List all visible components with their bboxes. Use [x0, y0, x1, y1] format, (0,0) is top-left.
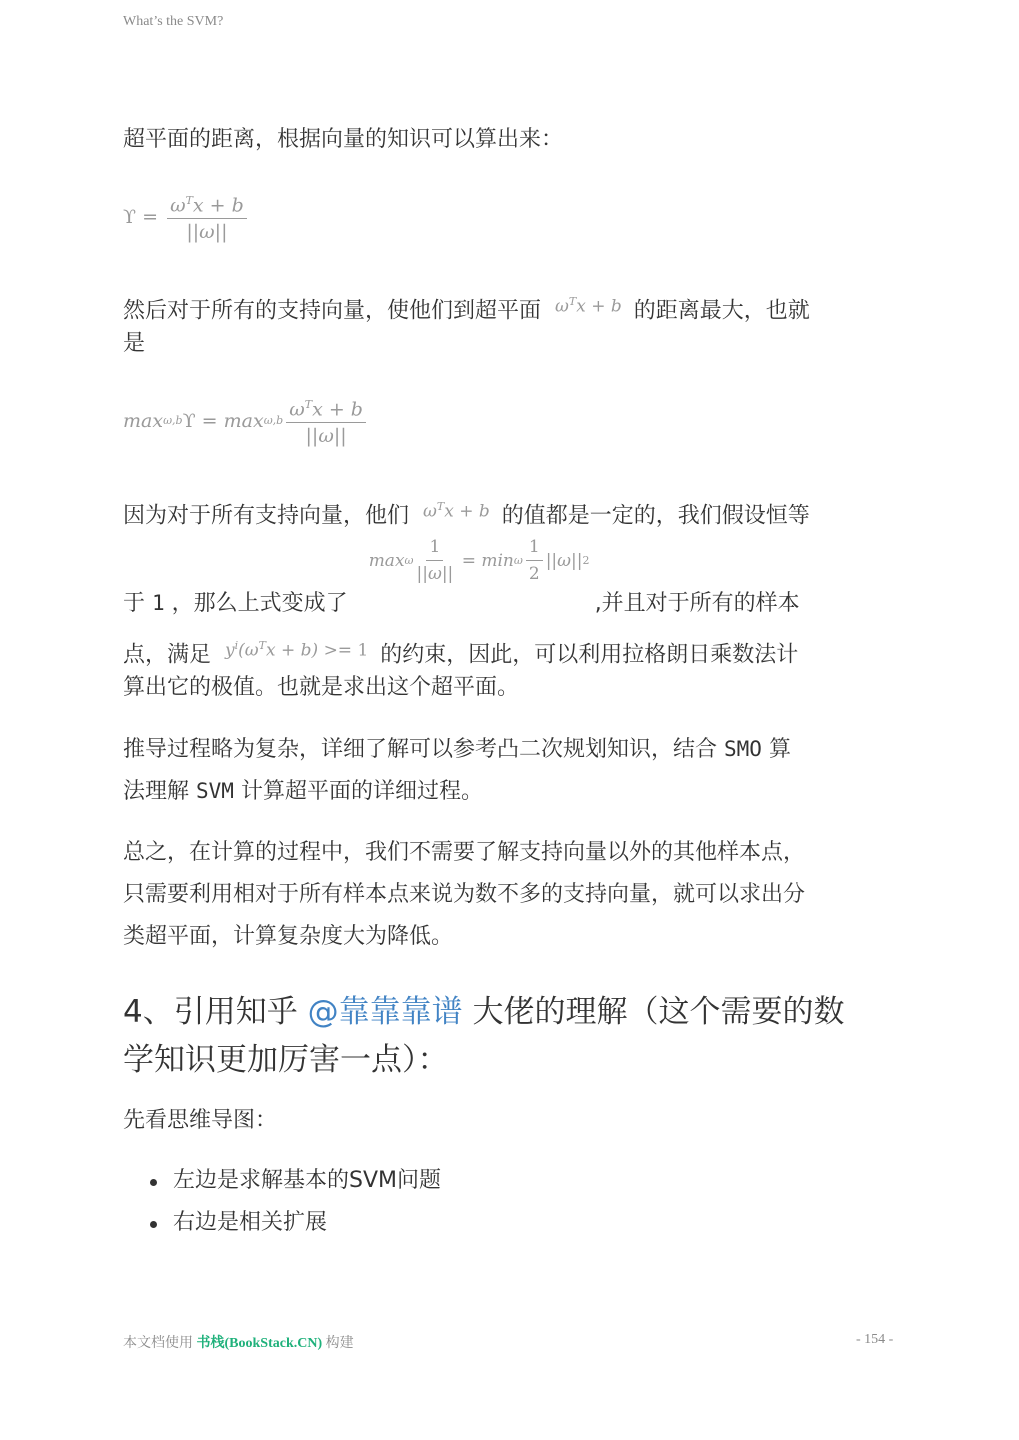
text: 的距离最大，也就 — [634, 299, 810, 324]
text: 点，满足 — [123, 643, 211, 668]
paragraph-mindmap-intro: 先看思维导图： — [123, 1100, 893, 1142]
paragraph-summary-line1: 总之，在计算的过程中，我们不需要了解支持向量以外的其他样本点， — [123, 832, 893, 874]
paragraph-constant-line1: 因为对于所有支持向量，他们ωTx + b的值都是一定的，我们假设恒等 — [123, 486, 893, 538]
inline-code: 1 — [152, 591, 165, 615]
footer-suffix: 构建 — [326, 1336, 354, 1351]
text: 计算超平面的详细过程。 — [241, 779, 483, 804]
text: 推导过程略为复杂，详细了解可以参考凸二次规划知识，结合 — [123, 737, 717, 762]
text: 于 — [123, 591, 145, 616]
list-item-text: 左边是求解基本的SVM问题 — [173, 1168, 441, 1193]
footer-credit: 本文档使用 书栈(BookStack.CN) 构建 — [123, 1332, 354, 1352]
bullet-icon — [150, 1221, 157, 1228]
inline-formula-constraint: yi(ωTx + b) >= 1 — [225, 625, 368, 672]
inline-formula: ωTx + b — [423, 486, 490, 533]
text: 的约束，因此，可以利用拉格朗日乘数法计 — [380, 643, 798, 668]
paragraph-distance-intro: 超平面的距离，根据向量的知识可以算出来： — [123, 119, 893, 161]
paragraph-constant-line2: 于 1 ，那么上式变成了 maxω1||ω|| = minω12||ω||2 ,… — [123, 568, 893, 625]
inline-code: SMO — [724, 737, 762, 761]
inline-code: SVM — [196, 779, 234, 803]
equation-margin-distance: ϒ = ωTx + b||ω|| — [123, 190, 250, 243]
heading-text: 4、引用知乎 — [123, 994, 298, 1030]
inline-formula-optimization: maxω1||ω|| = minω12||ω||2 — [355, 568, 595, 610]
equation-max-margin: maxω,bϒ = maxω,b ωTx + b||ω|| — [123, 394, 369, 447]
section-heading-cont: 学知识更加厉害一点）： — [123, 1035, 893, 1085]
bullet-icon — [150, 1179, 157, 1186]
list-item: 左边是求解基本的SVM问题 — [123, 1160, 441, 1202]
list-item-text: 右边是相关扩展 — [173, 1210, 327, 1235]
paragraph-derivation-line2: 法理解 SVM 计算超平面的详细过程。 — [123, 770, 893, 813]
section-heading: 4、引用知乎 @靠靠靠谱 大佬的理解（这个需要的数 — [123, 987, 893, 1037]
text: 法理解 — [123, 779, 189, 804]
paragraph-derivation-line1: 推导过程略为复杂，详细了解可以参考凸二次规划知识，结合 SMO 算 — [123, 728, 893, 771]
running-header: What’s the SVM? — [123, 14, 223, 30]
text: 然后对于所有的支持向量，使他们到超平面 — [123, 299, 541, 324]
zhihu-user-link[interactable]: @靠靠靠谱 — [308, 994, 463, 1030]
bookstack-link[interactable]: 书栈(BookStack.CN) — [197, 1336, 323, 1351]
list-item: 右边是相关扩展 — [123, 1202, 441, 1244]
heading-text: 大佬的理解（这个需要的数 — [472, 994, 844, 1030]
page-number: - 154 - — [856, 1332, 893, 1348]
text: ，那么上式变成了 — [172, 591, 348, 616]
paragraph-summary-line2: 只需要利用相对于所有样本点来说为数不多的支持向量，就可以求出分 — [123, 874, 893, 916]
text: 算 — [769, 737, 791, 762]
paragraph-constant-line4: 算出它的极值。也就是求出这个超平面。 — [123, 667, 893, 709]
paragraph-summary-line3: 类超平面，计算复杂度大为降低。 — [123, 916, 893, 958]
footer-prefix: 本文档使用 — [123, 1336, 193, 1351]
paragraph-maximize-distance-cont: 是 — [123, 323, 893, 365]
text: 因为对于所有支持向量，他们 — [123, 504, 409, 529]
text: ,并且对于所有的样本 — [595, 591, 800, 616]
mindmap-list: 左边是求解基本的SVM问题 右边是相关扩展 — [123, 1160, 441, 1244]
text: 的值都是一定的，我们假设恒等 — [502, 504, 810, 529]
inline-formula: ωTx + b — [555, 281, 622, 328]
